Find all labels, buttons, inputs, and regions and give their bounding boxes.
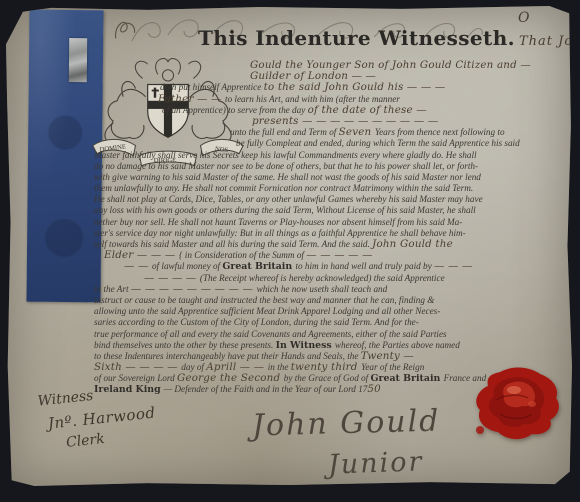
document-line: with give warning to his said Master of … bbox=[94, 170, 568, 181]
document-line: — — of lawful money of Great Britain to … bbox=[124, 259, 568, 270]
title-row: This Indenture Witnesseth. That John — bbox=[198, 26, 580, 50]
document-line: them unlawfully to any. He shall not com… bbox=[94, 181, 568, 192]
document-line: in the Art — — — — — — — — — which he no… bbox=[94, 282, 568, 293]
document-body: Gould the Younger Son of John Gould Citi… bbox=[94, 58, 568, 394]
docket-mark: O bbox=[518, 10, 529, 26]
document-line: doth put himself Apprentice to the said … bbox=[160, 80, 568, 91]
document-line: do no damage to his said Master nor see … bbox=[94, 159, 568, 170]
document-line: — — — — (The Receipt whereof is hereby a… bbox=[144, 271, 568, 282]
document-line: be fully Compleat and ended, during whic… bbox=[236, 136, 568, 147]
printed-segment: be fully Compleat and ended, during whic… bbox=[236, 138, 520, 148]
printed-segment: of lawful money of bbox=[152, 261, 222, 271]
document-line: Elder — — — { in Consideration of the Su… bbox=[104, 248, 568, 259]
document-line: to these Indentures interchangeably have… bbox=[94, 349, 568, 360]
printed-segment: — Defender of the Faith and in the Year … bbox=[164, 384, 367, 394]
wax-seal-icon bbox=[470, 364, 566, 448]
document-line: saries according to the Custom of the Ci… bbox=[94, 315, 568, 326]
document-line: nether buy nor sell. He shall not haunt … bbox=[94, 215, 568, 226]
document-line: bind themselves unto the other by these … bbox=[94, 338, 568, 349]
handwritten-segment: John Gould the bbox=[372, 238, 453, 250]
printed-segment: any loss with his own goods or others du… bbox=[94, 205, 476, 215]
printed-segment: doth put himself Apprentice bbox=[160, 82, 264, 92]
document-line: presents — — — — — — — — — — bbox=[252, 114, 568, 125]
indenture-parchment: O bbox=[6, 6, 572, 486]
photo-backdrop: O bbox=[0, 0, 580, 502]
document-line: any loss with his own goods or others du… bbox=[94, 203, 568, 214]
embossed-revenue-stamp-icon bbox=[69, 38, 87, 82]
signature-junior: Junior bbox=[327, 446, 423, 480]
document-line: Gould the Younger Son of John Gould Citi… bbox=[250, 58, 568, 69]
pen-flourish-mark-icon bbox=[112, 16, 140, 44]
document-line: He shall not play at Cards, Dice, Tables… bbox=[94, 192, 568, 203]
document-line: Father — — to learn his Art, and with hi… bbox=[158, 92, 568, 103]
document-line: instruct or cause to be taught and instr… bbox=[94, 293, 568, 304]
title-handwritten: That John — bbox=[519, 34, 580, 49]
document-line: unto the full end and Term of Seven Year… bbox=[230, 125, 568, 136]
document-line: true performance of all and every the sa… bbox=[94, 327, 568, 338]
document-line: self towards his said Master and all his… bbox=[94, 237, 568, 248]
witness-block: Witness Jnº. Harwood Clerk bbox=[27, 382, 159, 461]
signature-john-gould: John Gould bbox=[252, 404, 441, 444]
document-line: allowing unto the said Apprentice suffic… bbox=[94, 304, 568, 315]
indenture-heading: This Indenture Witnesseth. bbox=[198, 26, 515, 50]
printed-segment: Great Britain bbox=[371, 373, 444, 384]
document-line: of an Apprentice) to serve from the day … bbox=[162, 103, 568, 114]
printed-segment: saries according to the Custom of the Ci… bbox=[94, 317, 419, 327]
document-line: ster's service day nor night unlawfully:… bbox=[94, 226, 568, 237]
handwritten-segment: 50 bbox=[367, 383, 381, 395]
document-line: Master faithfully shall serve his Secret… bbox=[94, 148, 568, 159]
printed-segment: to him in hand well and truly paid by bbox=[295, 261, 434, 271]
